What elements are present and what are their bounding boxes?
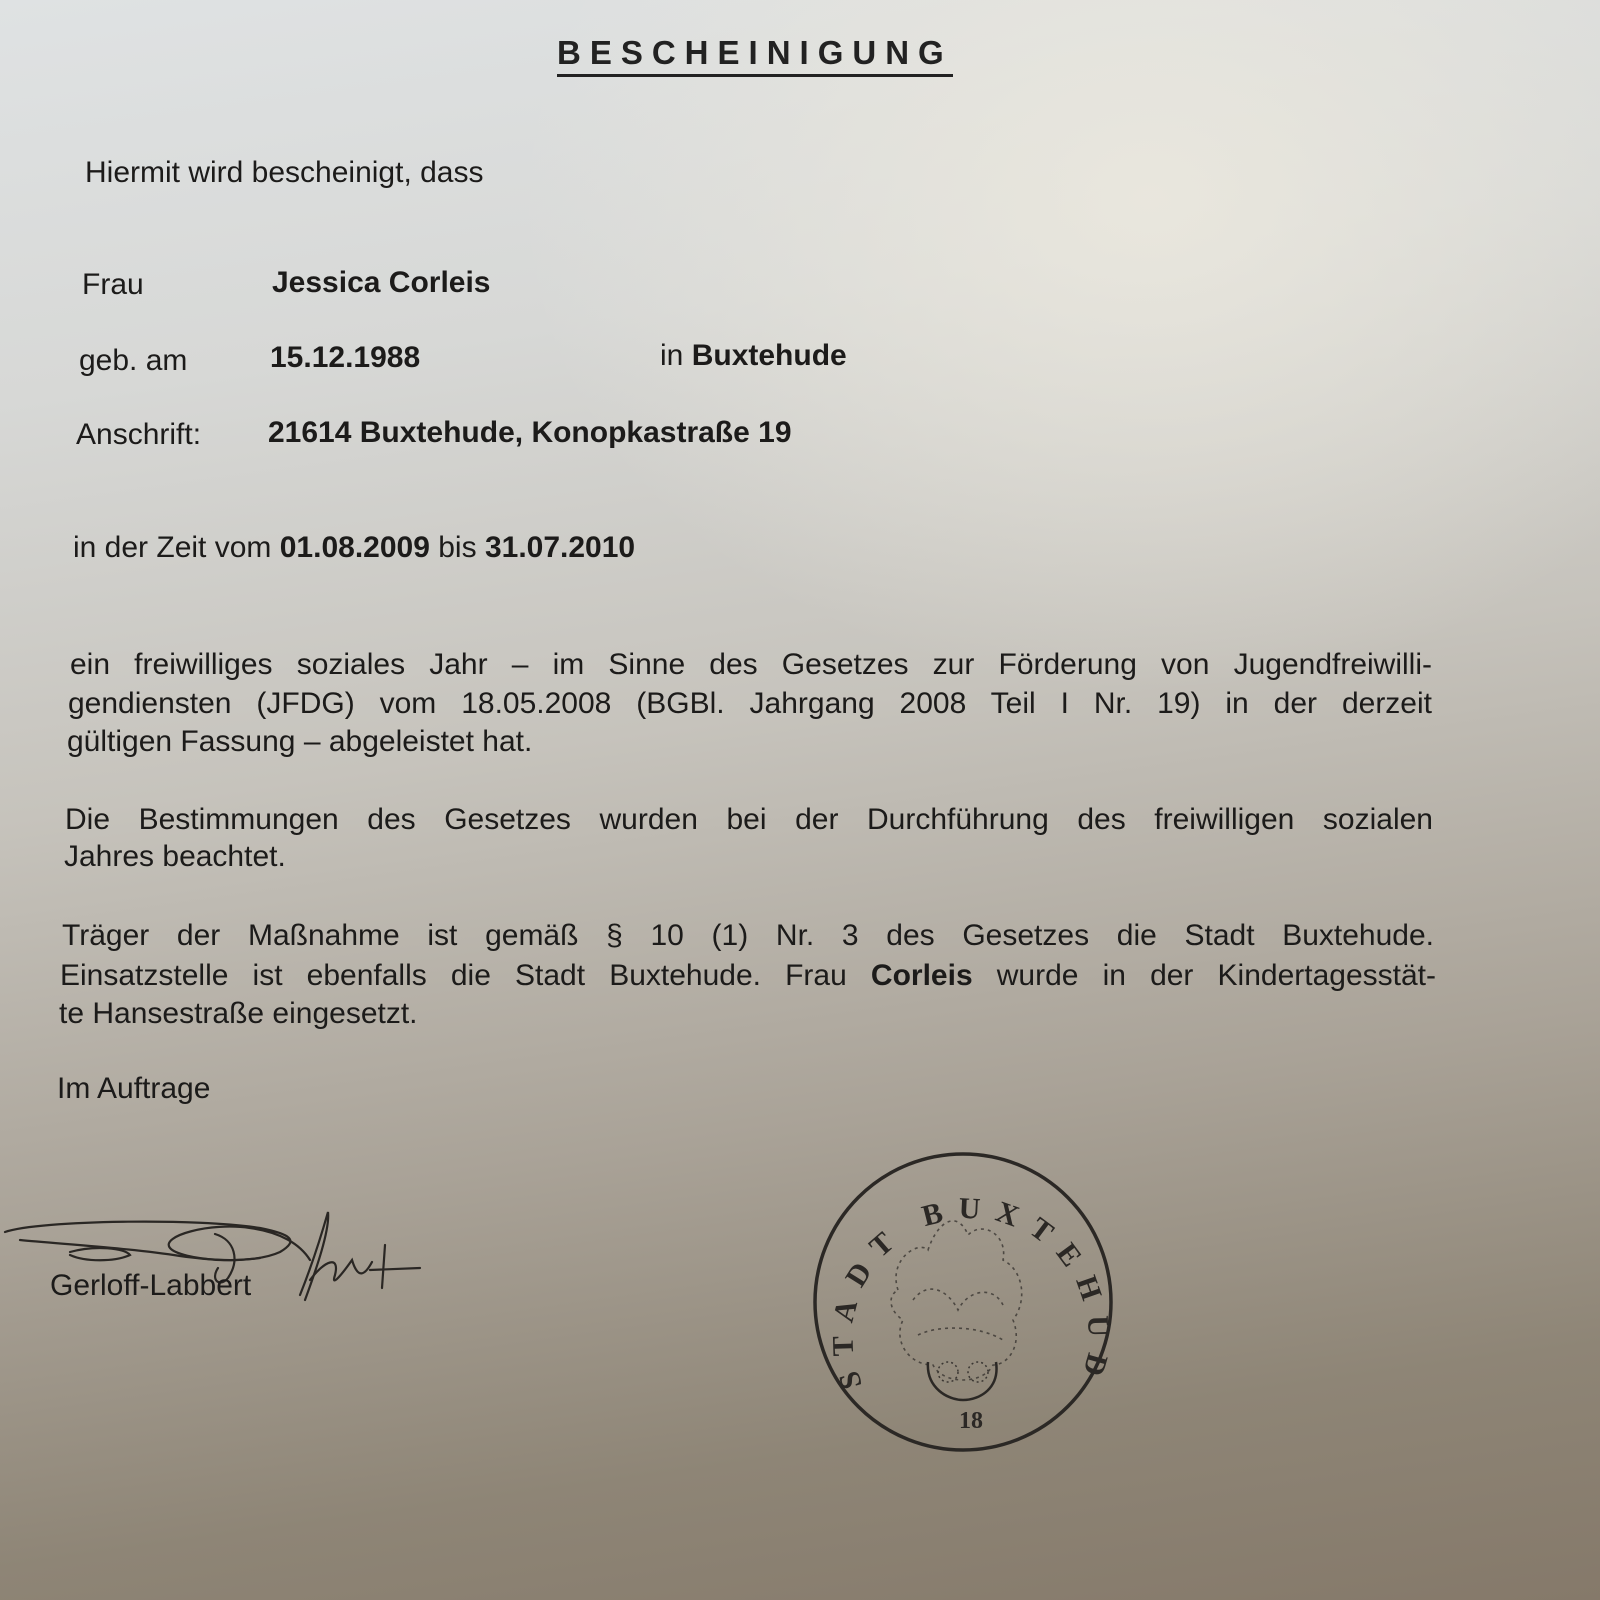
document-title: BESCHEINIGUNG (557, 34, 953, 77)
paragraph2-line2: Jahres beachtet. (64, 839, 286, 875)
paragraph3-line2-after: wurde in der Kindertagesstät- (973, 959, 1436, 992)
salutation-label: Frau (82, 267, 144, 303)
period-from: 01.08.2009 (280, 531, 430, 564)
paragraph1-line3: gültigen Fassung – abgeleistet hat. (67, 724, 532, 760)
seal-number: 18 (959, 1408, 983, 1434)
period-prefix: in der Zeit vom (73, 531, 271, 564)
paragraph1-line1: ein freiwilliges soziales Jahr – im Sinn… (70, 647, 1432, 683)
period-to-word: bis (438, 531, 476, 564)
intro-text: Hiermit wird bescheinigt, dass (85, 155, 483, 191)
city-seal-stamp-icon: STADT BUXTEHUDE 18 (808, 1150, 1118, 1460)
paragraph2-line1: Die Bestimmungen des Gesetzes wurden bei… (65, 802, 1433, 838)
signature-scribble-icon (0, 1200, 440, 1330)
birth-label: geb. am (79, 343, 187, 379)
paragraph1-line2: gendiensten (JFDG) vom 18.05.2008 (BGBl.… (68, 686, 1432, 722)
paragraph3-name: Corleis (871, 959, 973, 992)
closing-text: Im Auftrage (57, 1071, 210, 1107)
paragraph3-line3: te Hansestraße eingesetzt. (59, 996, 418, 1032)
birth-place-value: Buxtehude (692, 339, 847, 372)
svg-text:STADT BUXTEHUDE: STADT BUXTEHUDE (808, 1150, 1115, 1393)
paragraph3-line2-before: Einsatzstelle ist ebenfalls die Stadt Bu… (60, 959, 871, 992)
paragraph3-line2: Einsatzstelle ist ebenfalls die Stadt Bu… (60, 958, 1436, 994)
person-name: Jessica Corleis (272, 265, 490, 301)
period-to: 31.07.2010 (485, 531, 635, 564)
paragraph3-line1: Träger der Maßnahme ist gemäß § 10 (1) N… (62, 918, 1434, 954)
birth-place-prefix: in (660, 339, 683, 372)
signatory-name: Gerloff-Labbert (50, 1268, 251, 1304)
address-label: Anschrift: (76, 417, 201, 453)
birth-place: in Buxtehude (660, 338, 847, 374)
birth-date: 15.12.1988 (270, 340, 420, 376)
address-value: 21614 Buxtehude, Konopkastraße 19 (268, 415, 792, 451)
period-line: in der Zeit vom 01.08.2009 bis 31.07.201… (73, 530, 635, 566)
seal-text: STADT BUXTEHUDE (808, 1150, 1115, 1393)
